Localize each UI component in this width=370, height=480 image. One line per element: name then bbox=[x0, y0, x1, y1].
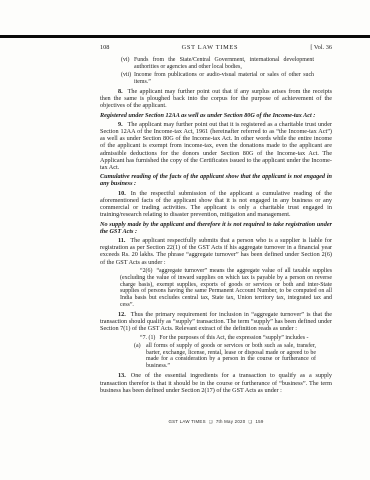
paragraph-10: 10.In the respectful submission of the a… bbox=[100, 190, 332, 219]
section-heading-cumulative: Cumulative reading of the facts of the a… bbox=[100, 173, 332, 187]
list-item-label: (a) bbox=[134, 343, 146, 350]
list-item-text: Income from publications or audio-visual… bbox=[134, 72, 314, 85]
square-separator-icon: ❏ bbox=[248, 419, 252, 424]
statute-quote-7-1-a: (a)all forms of supply of goods or servi… bbox=[134, 343, 316, 370]
section-heading-registered: Registered under Section 12AA as well as… bbox=[100, 112, 332, 119]
statute-quote-2-6: “2(6)“aggregate turnover” means the aggr… bbox=[120, 268, 332, 309]
paragraph-number: 10. bbox=[118, 190, 126, 197]
paragraph-text: The applicant respectfully submits that … bbox=[100, 237, 332, 265]
quoted-list-item-vii: (vii)Income from publications or audio-v… bbox=[121, 72, 314, 86]
paragraph-number: 11. bbox=[118, 237, 125, 244]
quote-section-number: “2(6) bbox=[140, 268, 152, 274]
volume-label: [ Vol. 36 bbox=[310, 44, 332, 51]
scan-artifact-line bbox=[0, 35, 370, 38]
quoted-list-item-vi: (vi)Funds from the State/Central Governm… bbox=[121, 57, 314, 71]
paragraph-number: 8. bbox=[118, 88, 123, 95]
journal-page: 108 GST LAW TIMES [ Vol. 36 (vi)Funds fr… bbox=[0, 0, 370, 480]
journal-title: GST LAW TIMES bbox=[182, 44, 239, 51]
paragraph-13: 13.One of the essential ingredients for … bbox=[100, 372, 332, 393]
square-separator-icon: ❏ bbox=[209, 419, 213, 424]
paragraph-11: 11.The applicant respectfully submits th… bbox=[100, 237, 332, 266]
list-item-text: Funds from the State/Central Government,… bbox=[134, 57, 314, 70]
quote-section-number: “7. (1) bbox=[140, 335, 155, 341]
footer-journal-name: GST LAW TIMES bbox=[168, 419, 205, 424]
statute-quote-7-1: “7. (1)For the purposes of this Act, the… bbox=[120, 335, 332, 342]
quote-text: all forms of supply of goods or services… bbox=[146, 343, 316, 370]
section-heading-no-supply: No supply made by the applicant and ther… bbox=[100, 221, 332, 235]
page-number: 108 bbox=[100, 44, 109, 51]
paragraph-8: 8.The applicant may further point out th… bbox=[100, 88, 332, 109]
page-header: 108 GST LAW TIMES [ Vol. 36 bbox=[100, 44, 332, 51]
paragraph-number: 9. bbox=[118, 121, 123, 128]
text-block: 108 GST LAW TIMES [ Vol. 36 (vi)Funds fr… bbox=[100, 44, 332, 394]
paragraph-12: 12.Thus the primary requirement for incl… bbox=[100, 311, 332, 332]
list-item-label: (vi) bbox=[121, 57, 134, 64]
page-footer: GST LAW TIMES❏7th May 2020❏159 bbox=[100, 419, 332, 424]
paragraph-text: One of the essential ingredients for a t… bbox=[100, 372, 332, 393]
paragraph-text: The applicant may further point out that… bbox=[100, 88, 332, 109]
footer-date: 7th May 2020 bbox=[216, 419, 246, 424]
paragraph-9: 9.The applicant may further point out th… bbox=[100, 121, 332, 171]
paragraph-text: The applicant may further point out that… bbox=[100, 121, 332, 171]
paragraph-text: In the respectful submission of the appl… bbox=[100, 190, 332, 218]
quote-text: For the purposes of this Act, the expres… bbox=[159, 335, 308, 341]
paragraph-text: Thus the primary requirement for inclusi… bbox=[100, 311, 332, 332]
list-item-label: (vii) bbox=[121, 72, 134, 79]
paragraph-number: 12. bbox=[118, 311, 126, 318]
footer-page-number: 159 bbox=[255, 419, 263, 424]
paragraph-number: 13. bbox=[118, 372, 126, 379]
quote-text: “aggregate turnover” means the aggregate… bbox=[120, 268, 332, 308]
